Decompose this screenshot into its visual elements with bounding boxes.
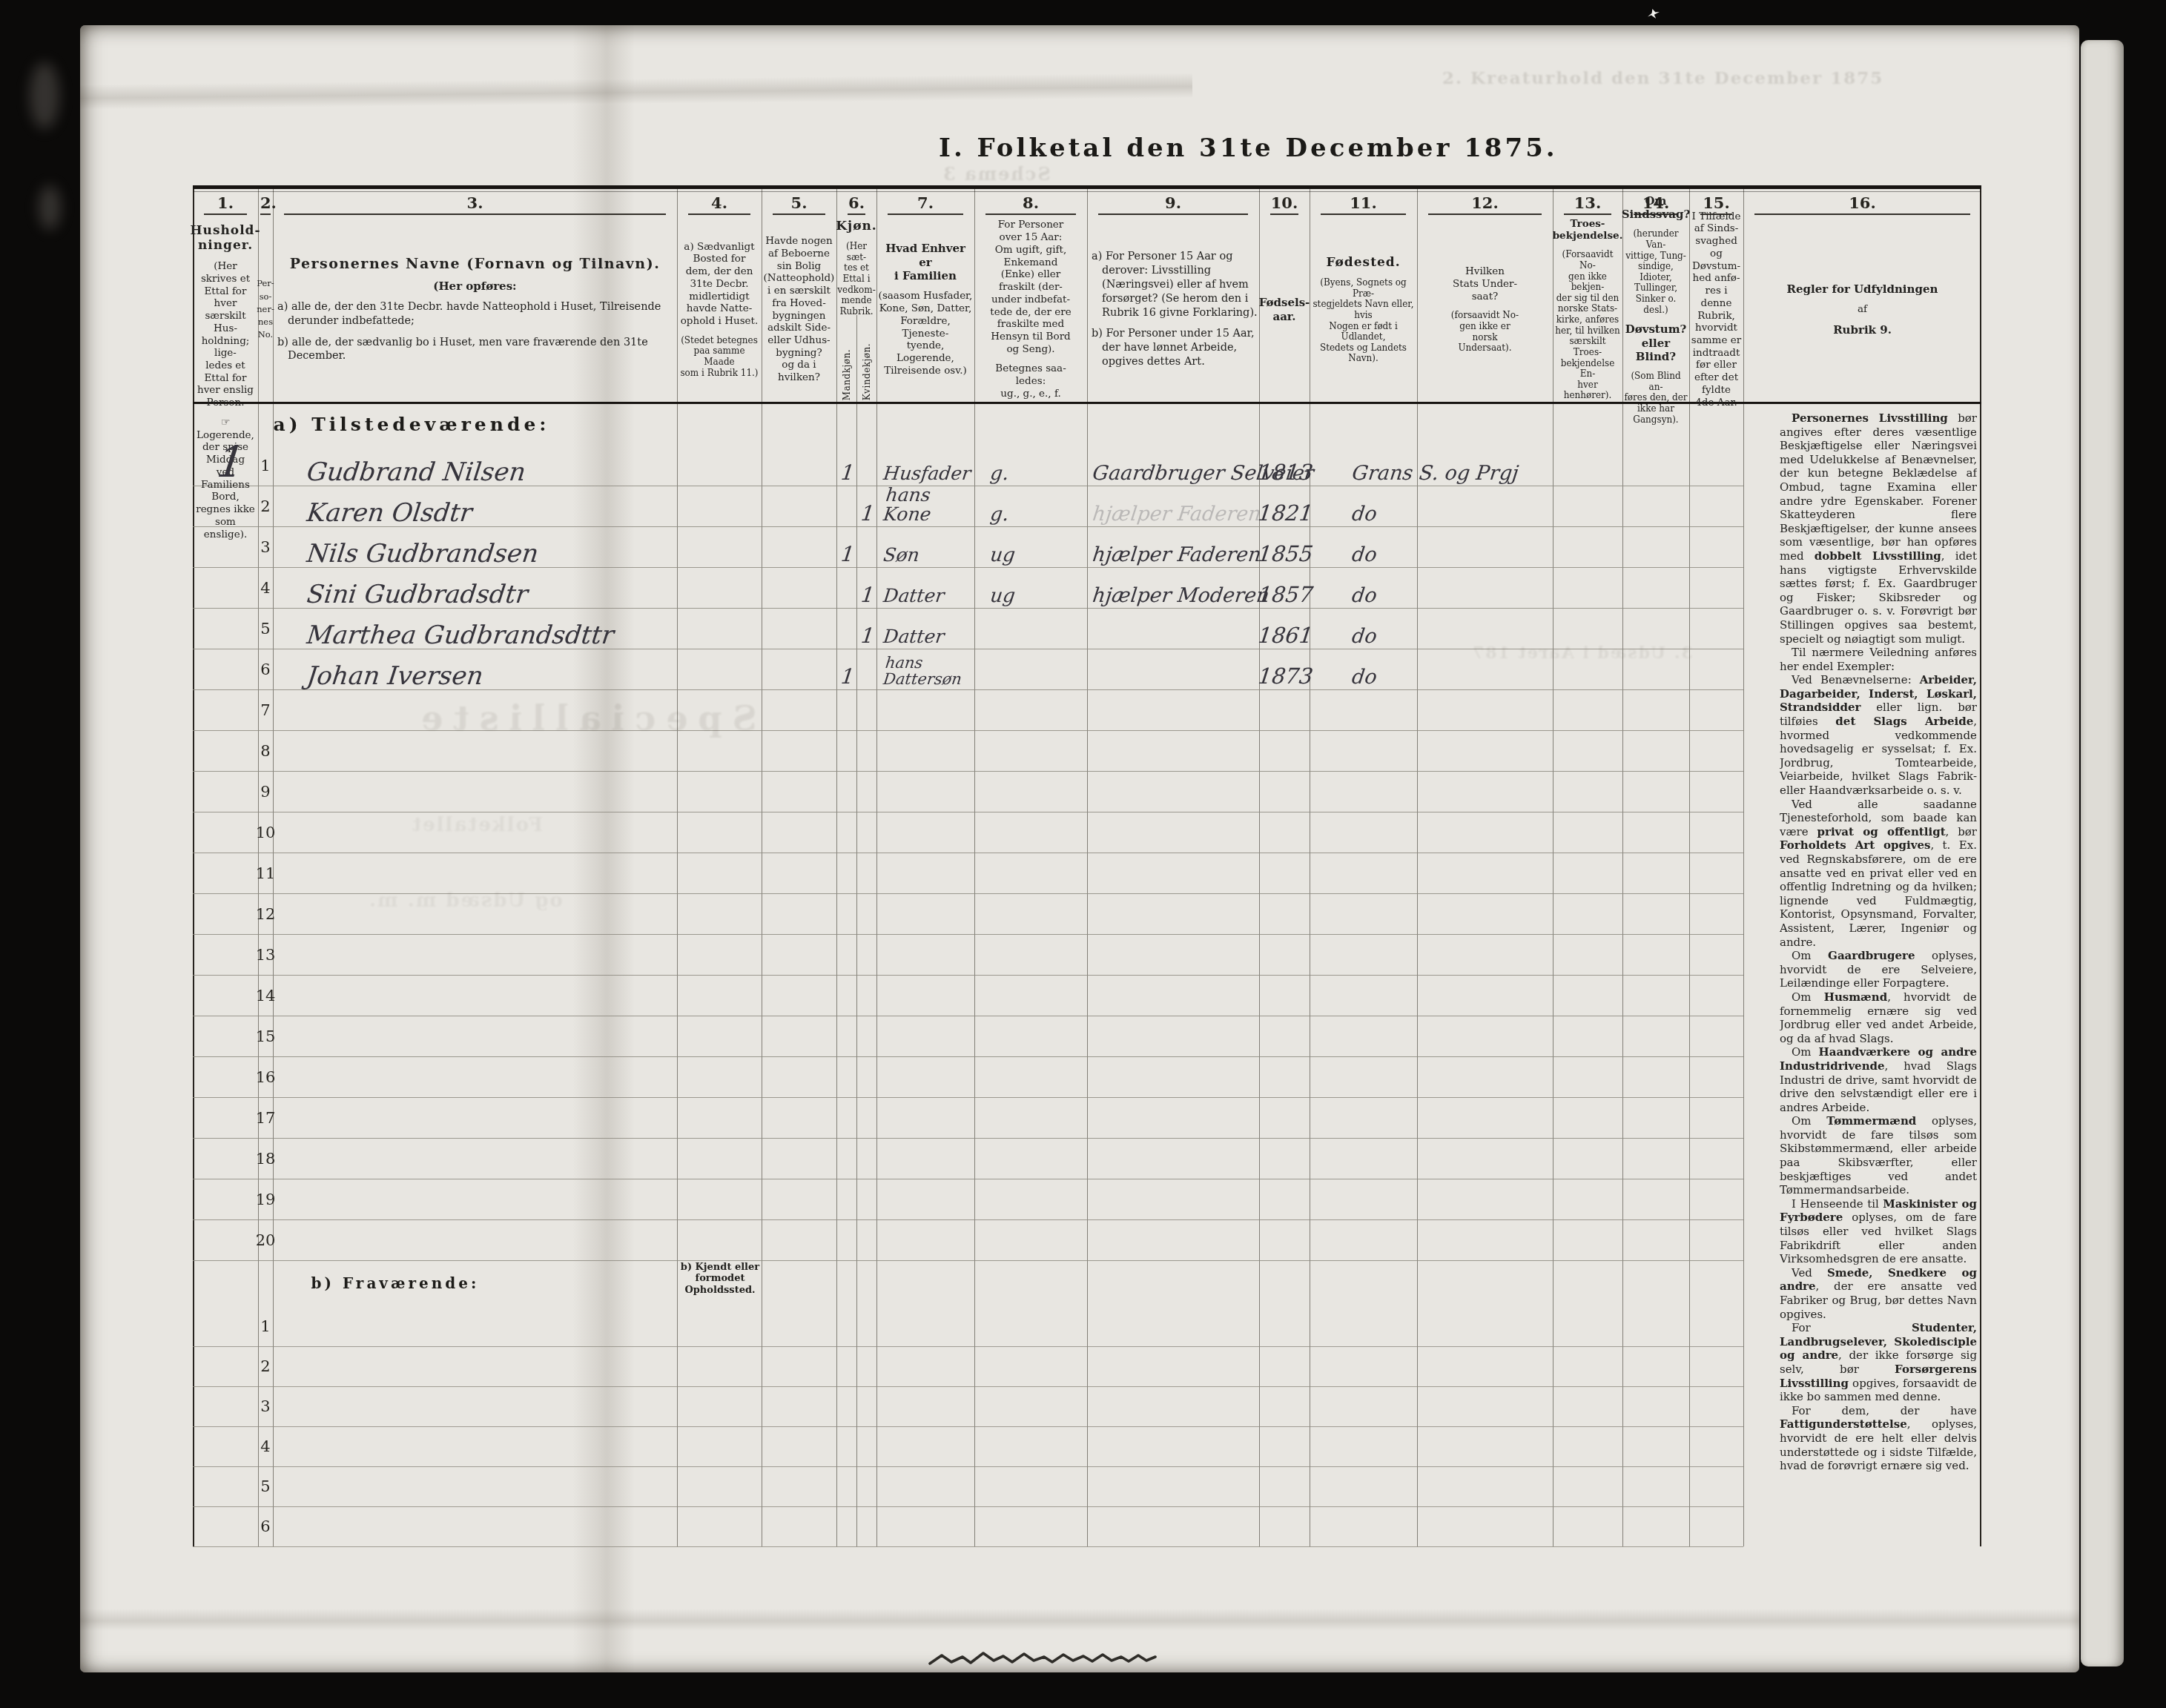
- column-header: Havde nogen af Beboerne sin Bolig (Natte…: [762, 215, 836, 404]
- marital-status-handwritten: g.: [989, 445, 1012, 483]
- sex-subcolumn-label: Mandkjøn.: [842, 349, 852, 400]
- birth-year-handwritten: 1861: [1259, 608, 1314, 646]
- row-number: 19: [257, 1179, 274, 1219]
- header-text: a) Sædvanligt Bosted for dem, der den 31…: [681, 241, 759, 328]
- column-number-label: 6.: [848, 193, 865, 215]
- rules-paragraph: Ved alle saadanne Tjenesteforhold, som b…: [1780, 798, 1977, 950]
- person-name-handwritten: Sini Gudbradsdtr: [306, 567, 531, 607]
- female-mark-handwritten: 1: [856, 567, 881, 606]
- header-text: (Forsaavidt No- gen ikke bekjen- der sig…: [1554, 249, 1621, 401]
- rules-bold-term: Fattigunderstøttelse: [1780, 1417, 1907, 1431]
- person-name-handwritten: Nils Gudbrandsen: [306, 526, 542, 566]
- row-number: 4: [257, 567, 274, 608]
- column-header: Om Sindssvag?(herunder Van- vittige, Tun…: [1622, 215, 1689, 404]
- birthplace-handwritten: do: [1310, 608, 1422, 646]
- birthplace-handwritten: do: [1310, 567, 1422, 606]
- row-number: 10: [257, 812, 274, 853]
- row-number: 5: [257, 608, 274, 649]
- row-number: 11: [257, 853, 274, 893]
- occupation-handwritten: hjælper Moderen: [1092, 567, 1272, 606]
- header-text: Hvad Enhver er i Familien: [878, 242, 973, 282]
- row-number: 18: [257, 1138, 274, 1179]
- column-number-label: 7.: [888, 193, 963, 215]
- row-rule: [193, 1179, 1743, 1179]
- family-position-handwritten: Søn: [882, 526, 979, 565]
- person-name-handwritten: Karen Olsdtr: [306, 486, 475, 526]
- row-rule: [193, 1546, 1743, 1547]
- rules-paragraph: Ved Smede, Snedkere og andre, der ere an…: [1780, 1266, 1977, 1321]
- column-number-label: 16.: [1754, 193, 1970, 215]
- column-number: 13.: [1553, 185, 1622, 215]
- row-number: 3: [257, 526, 274, 567]
- row-rule: [193, 1260, 1743, 1261]
- row-rule: [193, 934, 1743, 935]
- rules-paragraph: Om Husmænd, hvorvidt de fornemmelig ernæ…: [1780, 990, 1977, 1045]
- column-header: Hvad Enhver er i Familien(saasom Husfade…: [876, 215, 974, 404]
- column-header: Fødsels- aar.: [1259, 215, 1310, 404]
- rules-bold-term: Forholdets Art opgives: [1780, 838, 1930, 852]
- female-mark-handwritten: 1: [856, 486, 881, 524]
- column-header: Hushold- ninger.(Her skrives et Ettal fo…: [193, 215, 258, 404]
- header-text: b) For Personer under 15 Aar, der have l…: [1089, 327, 1258, 369]
- row-rule: [193, 1426, 1743, 1427]
- rules-paragraph: Personernes Livsstilling bør angives eft…: [1780, 411, 1977, 646]
- rules-bold-term: Arbeider, Dagarbeider, Inderst, Løskarl,…: [1780, 673, 1977, 714]
- row-number: 2: [257, 1346, 274, 1386]
- row-rule: [193, 853, 1743, 853]
- rules-bold-term: Forsørgerens Livsstilling: [1780, 1363, 1977, 1390]
- header-text: Havde nogen af Beboerne sin Bolig (Natte…: [764, 235, 835, 384]
- birthplace-handwritten: do: [1310, 486, 1422, 524]
- row-number: 6: [257, 649, 274, 689]
- rules-bold-term: Maskinister og Fyrbødere: [1780, 1197, 1977, 1225]
- column-number-label: 3.: [284, 193, 666, 215]
- birthplace-handwritten: do: [1310, 649, 1422, 687]
- row-number: 1: [257, 1306, 274, 1346]
- row-number: 5: [257, 1466, 274, 1506]
- row-rule: [193, 1386, 1743, 1387]
- header-text: (Byens, Sognets og Præ- stegjeldets Navn…: [1311, 277, 1416, 364]
- rules-bold-term: Studenter, Landbrugselever, Skolediscipl…: [1780, 1321, 1977, 1362]
- header-text: (saasom Husfader, Kone, Søn, Datter, For…: [878, 290, 973, 377]
- row-number: 2: [257, 486, 274, 526]
- header-text: Hushold- ninger.: [190, 223, 260, 253]
- column-number: 12.: [1417, 185, 1553, 215]
- rules-paragraph: Om Gaardbrugere oplyses, hvorvidt de ere…: [1780, 949, 1977, 990]
- section-present-label: a) Tilstedeværende:: [282, 407, 541, 441]
- column-number: 7.: [876, 185, 974, 215]
- rules-paragraph: Om Tømmermænd oplyses, hvorvidt de fare …: [1780, 1114, 1977, 1197]
- row-rule: [193, 730, 1743, 731]
- scan-artifact: [1648, 9, 1660, 19]
- row-rule: [193, 1466, 1743, 1467]
- person-name-handwritten: Marthea Gudbrandsdttr: [306, 608, 617, 648]
- scan-artifact: [39, 185, 61, 230]
- column-header: For Personer over 15 Aar: Om ugift, gift…: [974, 215, 1087, 404]
- row-rule: [193, 893, 1743, 894]
- rules-bold-term: det Slags Arbeide: [1835, 715, 1973, 728]
- column-header: Hvilken Stats Under- saat?(forsaavidt No…: [1417, 215, 1553, 404]
- rules-bold-term: Tømmermænd: [1826, 1114, 1916, 1128]
- row-number: 7: [257, 689, 274, 730]
- column-number: 6.: [836, 185, 876, 215]
- column-number-label: 5.: [773, 193, 825, 215]
- rules-paragraph: For dem, der have Fattigunderstøttelse, …: [1780, 1404, 1977, 1473]
- column-header: Regler for UdfyldningenafRubrik 9.: [1743, 215, 1981, 404]
- rules-bold-term: Personernes Livsstilling: [1792, 411, 1948, 425]
- header-text: Betegnes saa- ledes: ug., g., e., f.: [995, 363, 1066, 400]
- row-rule: [193, 1219, 1743, 1220]
- header-text: Per- so- ner- nes No.: [257, 277, 274, 341]
- family-position-handwritten: hans Kone: [882, 486, 979, 524]
- row-number: 9: [257, 771, 274, 812]
- birth-year-handwritten: 1813: [1259, 445, 1314, 483]
- family-position-handwritten: hans Dattersøn: [882, 641, 980, 687]
- page-fold-shadow: [80, 1609, 2079, 1631]
- adjacent-page-edge: [2081, 40, 2124, 1666]
- column-header: Personernes Navne (Fornavn og Tilnavn).(…: [273, 215, 677, 404]
- male-mark-handwritten: 1: [836, 526, 861, 565]
- column-number: 5.: [762, 185, 836, 215]
- column-number-label: 2.: [260, 193, 271, 215]
- family-position-handwritten: Datter: [882, 567, 979, 606]
- birth-year-handwritten: 1855: [1259, 526, 1314, 565]
- header-text: Troes- bekjendelse.: [1553, 218, 1623, 242]
- column-number-label: 4.: [688, 193, 750, 215]
- rules-bold-term: Gaardbrugere: [1828, 949, 1915, 962]
- birth-year-handwritten: 1873: [1259, 649, 1314, 687]
- header-text: (Her sæt- tes et Ettal i vedkom- mende R…: [837, 241, 876, 317]
- birth-year-handwritten: 1821: [1259, 486, 1314, 524]
- header-text: a) alle de, der den 31te Decbr. havde Na…: [274, 300, 676, 328]
- household-number-handwritten: 1: [206, 439, 256, 483]
- column-header: Kjøn.(Her sæt- tes et Ettal i vedkom- me…: [836, 215, 876, 404]
- column-number: 2.: [258, 185, 273, 215]
- header-text: af: [1858, 303, 1867, 316]
- column-number-label: 9.: [1098, 193, 1248, 215]
- occupation-handwritten: hjælper Faderen: [1092, 486, 1264, 524]
- column-header: Troes- bekjendelse.(Forsaavidt No- gen i…: [1553, 215, 1622, 404]
- sex-subcolumns: Mandkjøn.Kvindekjøn.: [836, 320, 876, 404]
- sex-subcolumn-rule: [856, 315, 857, 1546]
- column-header: Per- so- ner- nes No.: [258, 215, 273, 404]
- birthplace-handwritten: do: [1310, 526, 1422, 565]
- row-rule: [193, 1016, 1743, 1016]
- column-number: 4.: [677, 185, 762, 215]
- header-text: Døvstum? eller Blind?: [1624, 322, 1688, 363]
- rules-bold-term: dobbelt Livsstilling: [1815, 549, 1941, 563]
- header-text: Personernes Navne (Fornavn og Tilnavn).: [290, 256, 661, 272]
- section-absent-label: b) Fraværende:: [280, 1264, 510, 1302]
- row-number: 16: [257, 1056, 274, 1097]
- sex-subcolumn: Kvindekjøn.: [856, 320, 876, 404]
- rules-paragraph: For Studenter, Landbrugselever, Skoledis…: [1780, 1321, 1977, 1404]
- bleedthrough-text: Schema 3: [942, 163, 1051, 185]
- column-number: 10.: [1259, 185, 1310, 215]
- row-number: 13: [257, 934, 274, 975]
- column-number: 16.: [1743, 185, 1981, 215]
- row-number: 3: [257, 1386, 274, 1426]
- page-fold-shadow: [80, 73, 1192, 110]
- column-number: 8.: [974, 185, 1087, 215]
- row-rule: [193, 812, 1743, 812]
- column-number: 1.: [193, 185, 258, 215]
- rules-paragraph: Til nærmere Veiledning anføres her endel…: [1780, 646, 1977, 673]
- row-number: 15: [257, 1016, 274, 1056]
- header-text: (Her opføres:: [433, 279, 516, 293]
- scan-background: I. Folketal den 31te December 1875. 1.Hu…: [0, 0, 2166, 1708]
- sex-subcolumn-label: Kvindekjøn.: [862, 343, 872, 400]
- person-name-handwritten: Gudbrand Nilsen: [306, 445, 529, 485]
- row-rule: [193, 1506, 1743, 1507]
- bleedthrough-text: 2. Kreaturhold den 31te December 1875: [1442, 68, 1883, 88]
- header-text: (Som Blind an- føres den, der ikke har G…: [1624, 371, 1688, 425]
- rules-text: Personernes Livsstilling bør angives eft…: [1780, 411, 1977, 1540]
- census-sheet: I. Folketal den 31te December 1875. 1.Hu…: [80, 25, 2079, 1672]
- ink-squiggle-mark: [925, 1641, 1192, 1677]
- column-header: Fødested.(Byens, Sognets og Præ- stegjel…: [1310, 215, 1417, 404]
- header-text: Regler for Udfyldningen: [1787, 282, 1938, 296]
- row-rule: [193, 1138, 1743, 1139]
- census-table: 1.Hushold- ninger.(Her skrives et Ettal …: [193, 185, 1981, 1546]
- header-text: For Personer over 15 Aar: Om ugift, gift…: [990, 219, 1071, 355]
- row-number: 1: [257, 445, 274, 486]
- absent-residence-note: b) Kjendt eller formodet Opholdssted.: [678, 1262, 762, 1296]
- family-position-handwritten: Husfader: [882, 445, 979, 483]
- header-text: b) alle de, der sædvanlig bo i Huset, me…: [274, 336, 676, 364]
- header-text: Rubrik 9.: [1833, 323, 1892, 337]
- birthplace-handwritten: Grans S. og Prgj: [1351, 445, 1522, 483]
- row-number: 12: [257, 893, 274, 934]
- male-mark-handwritten: 1: [836, 649, 861, 687]
- column-number-label: 10.: [1270, 193, 1298, 215]
- header-text: (Her skrives et Ettal for hver særskilt …: [194, 260, 257, 409]
- header-text: Om Sindssvag?: [1622, 194, 1691, 222]
- rules-bold-term: Husmænd: [1824, 990, 1887, 1004]
- marital-status-handwritten: g.: [989, 486, 1012, 524]
- rules-bold-term: Haandværkere og andre Industridrivende: [1780, 1045, 1977, 1073]
- rules-paragraph: I Henseende til Maskinister og Fyrbødere…: [1780, 1197, 1977, 1266]
- form-title: I. Folketal den 31te December 1875.: [939, 133, 1558, 163]
- header-text: I Tilfælde af Sinds- svaghed og Døvstum-…: [1691, 211, 1742, 409]
- rules-paragraph: Om Haandværkere og andre Industridrivend…: [1780, 1045, 1977, 1114]
- header-text: a) For Personer 15 Aar og derover: Livss…: [1089, 250, 1258, 320]
- row-number: 20: [257, 1219, 274, 1260]
- column-header: a) For Personer 15 Aar og derover: Livss…: [1087, 215, 1259, 404]
- row-rule: [193, 1097, 1743, 1098]
- header-text: (forsaavidt No- gen ikke er norsk Unders…: [1451, 310, 1519, 354]
- column-number-label: 1.: [204, 193, 247, 215]
- column-number-label: 8.: [985, 193, 1076, 215]
- column-header: a) Sædvanligt Bosted for dem, der den 31…: [677, 215, 762, 404]
- rules-bold-term: Smede, Snedkere og andre: [1780, 1266, 1977, 1294]
- birth-year-handwritten: 1857: [1259, 567, 1314, 606]
- column-number-label: 13.: [1564, 193, 1611, 215]
- row-number: 4: [257, 1426, 274, 1466]
- marital-status-handwritten: ug: [989, 567, 1019, 606]
- rules-paragraph: Ved Benævnelserne: Arbeider, Dagarbeider…: [1780, 673, 1977, 797]
- header-text: Fødsels- aar.: [1259, 296, 1310, 323]
- header-text: Hvilken Stats Under- saat?: [1453, 265, 1517, 302]
- row-number: 6: [257, 1506, 274, 1546]
- rules-bold-term: privat og offentligt: [1817, 825, 1945, 838]
- row-rule: [193, 975, 1743, 976]
- occupation-handwritten: hjælper Faderen: [1092, 526, 1264, 565]
- female-mark-handwritten: 1: [856, 608, 881, 646]
- header-text: (herunder Van- vittige, Tung- sindige, I…: [1624, 228, 1688, 315]
- row-rule: [193, 1056, 1743, 1057]
- header-text: Kjøn.: [836, 219, 877, 234]
- column-number: 3.: [273, 185, 677, 215]
- column-header: I Tilfælde af Sinds- svaghed og Døvstum-…: [1689, 215, 1743, 404]
- header-text: Fødested.: [1326, 255, 1400, 270]
- row-rule: [193, 771, 1743, 772]
- row-number: 8: [257, 730, 274, 771]
- male-mark-handwritten: 1: [836, 445, 861, 483]
- column-number-label: 12.: [1428, 193, 1542, 215]
- marital-status-handwritten: ug: [989, 526, 1019, 565]
- row-number: 17: [257, 1097, 274, 1138]
- column-number-label: 11.: [1321, 193, 1406, 215]
- column-number: 11.: [1310, 185, 1417, 215]
- row-number: 14: [257, 975, 274, 1016]
- sex-subcolumn: Mandkjøn.: [836, 320, 856, 404]
- column-number: 9.: [1087, 185, 1259, 215]
- row-rule: [193, 1346, 1743, 1347]
- person-name-handwritten: Johan Iversen: [306, 649, 486, 689]
- scan-artifact: [30, 62, 59, 129]
- header-text: (Stedet betegnes paa samme Maade som i R…: [678, 335, 760, 379]
